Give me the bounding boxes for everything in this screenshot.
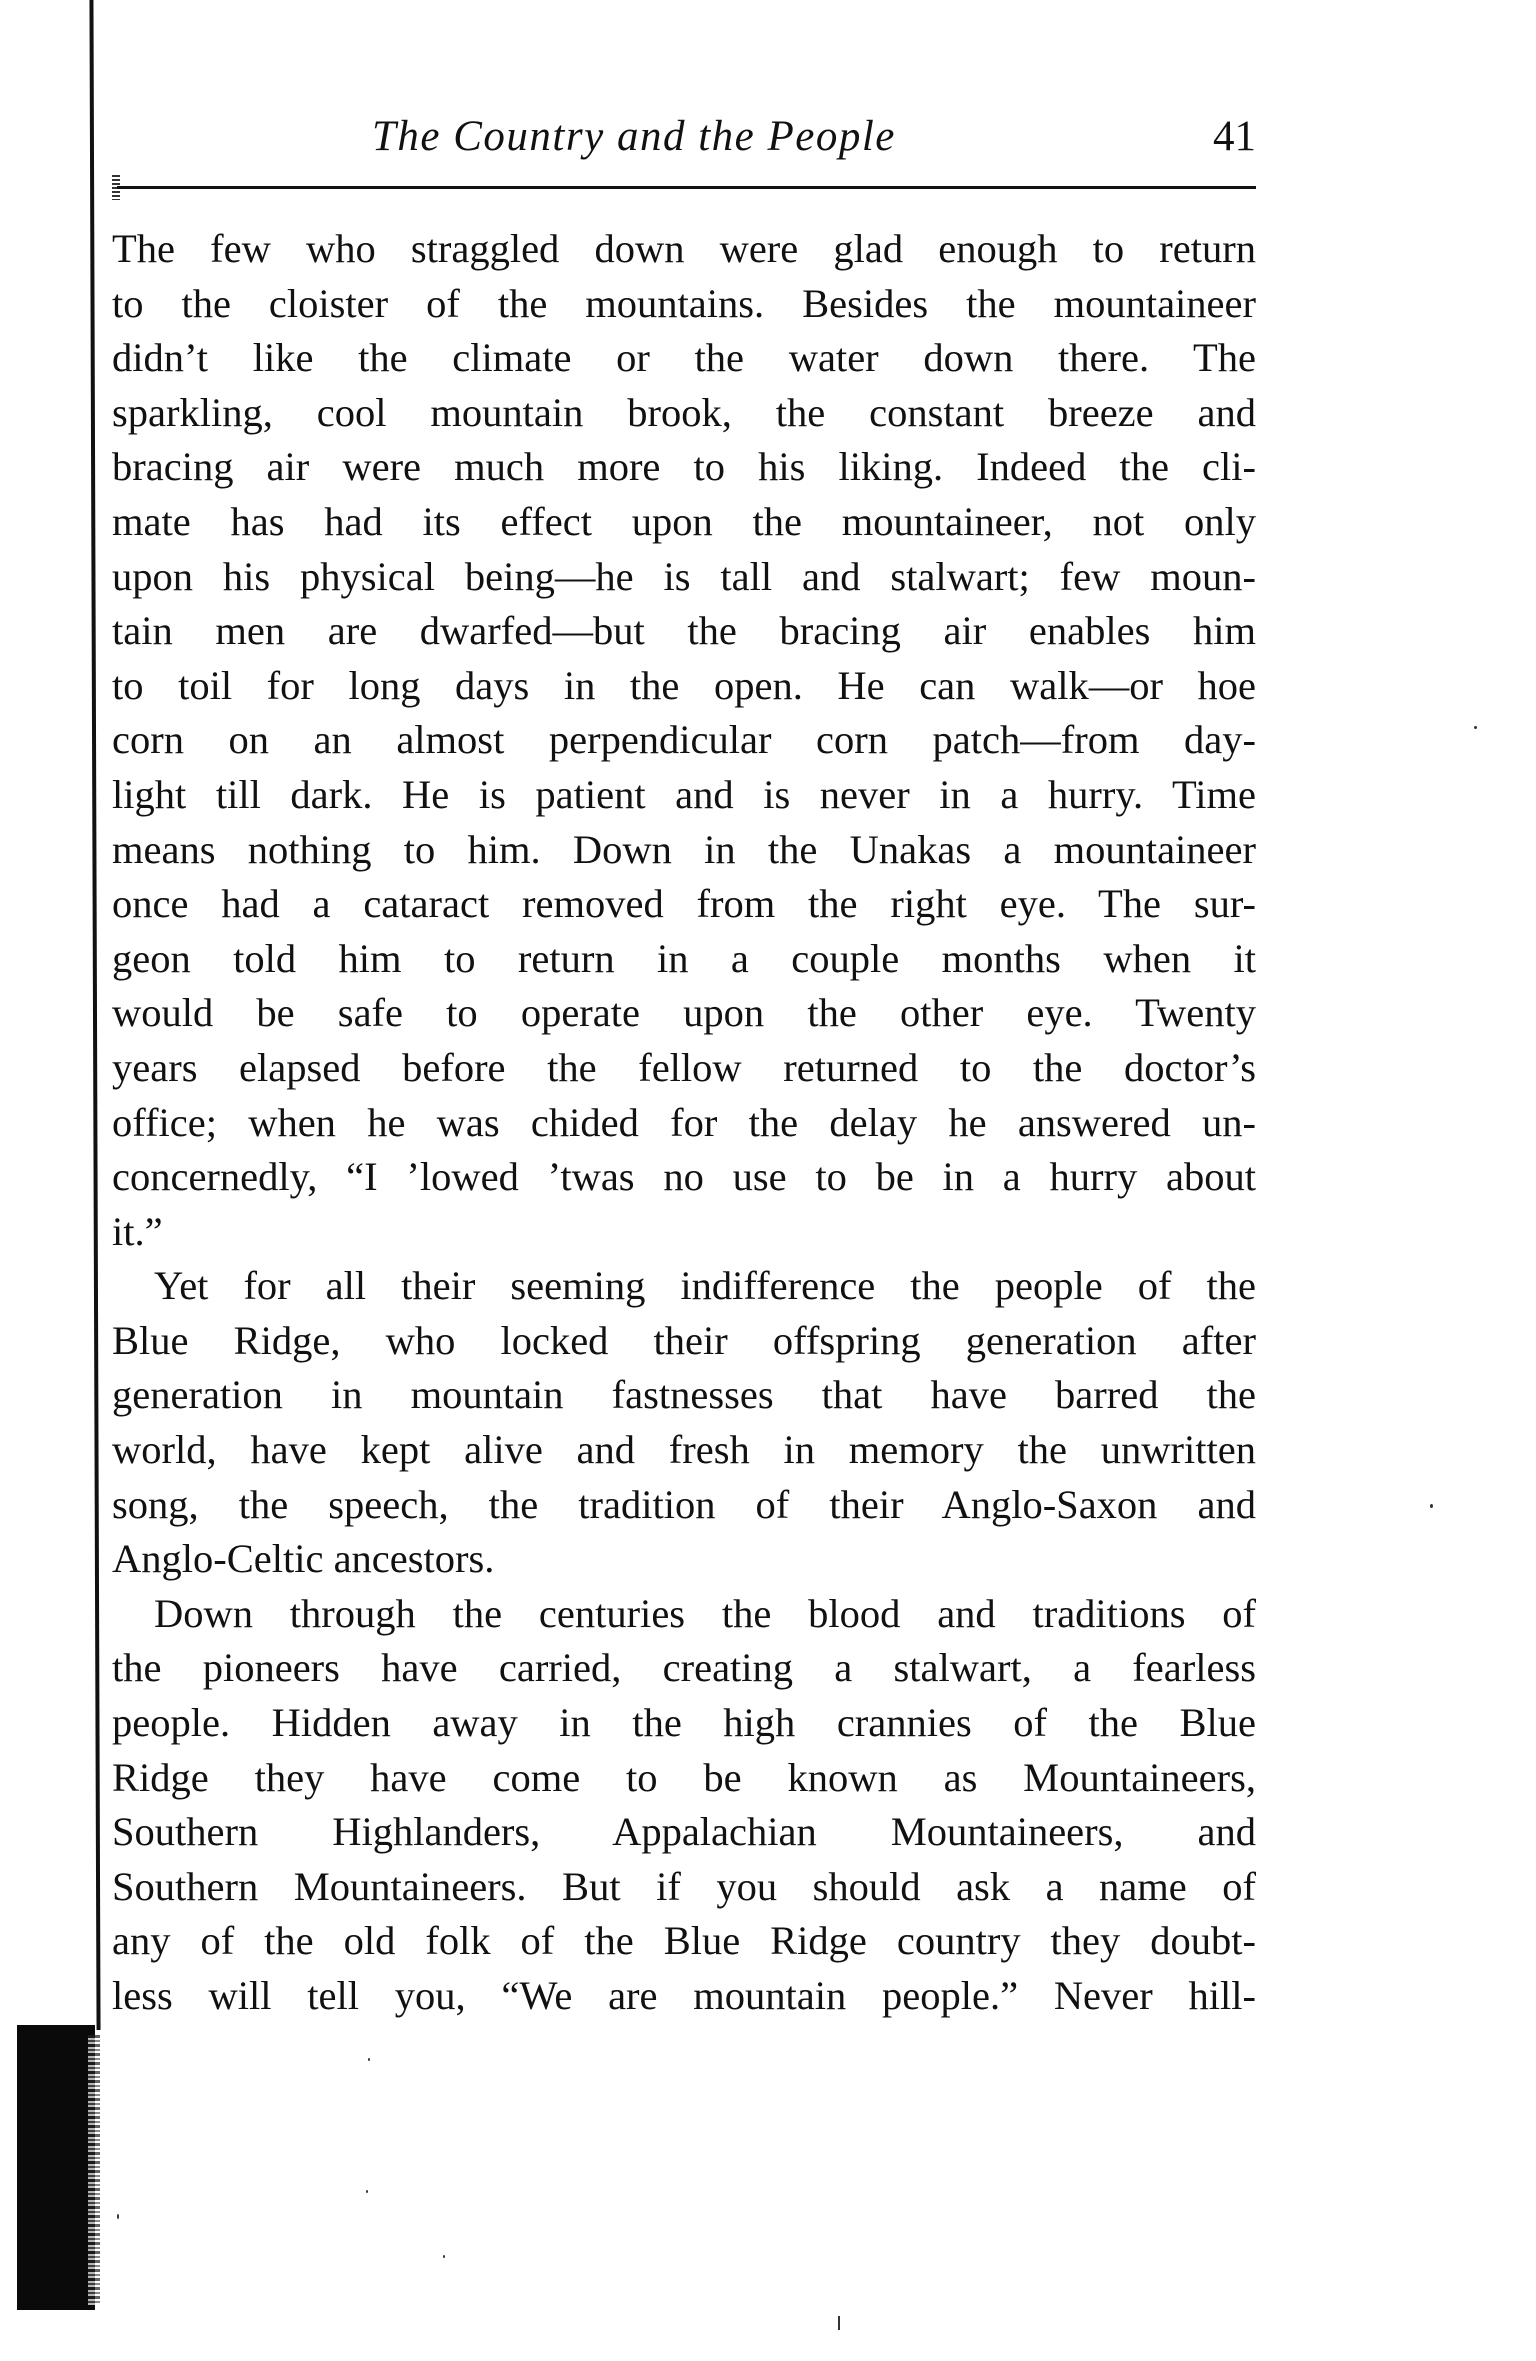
text-line: once had a cataract removed from the rig… bbox=[112, 877, 1256, 932]
text-line: Down through the centuries the blood and… bbox=[112, 1587, 1256, 1642]
text-line: to the cloister of the mountains. Beside… bbox=[112, 277, 1256, 332]
text-line: upon his physical being—he is tall and s… bbox=[112, 550, 1256, 605]
scan-speck bbox=[1474, 726, 1477, 729]
scan-speck bbox=[368, 2058, 370, 2061]
running-head-title: The Country and the People bbox=[372, 112, 896, 161]
text-line: Southern Highlanders, Appalachian Mounta… bbox=[112, 1805, 1256, 1860]
text-line: it.” bbox=[112, 1205, 1256, 1260]
page-number: 41 bbox=[1213, 112, 1256, 161]
text-line: light till dark. He is patient and is ne… bbox=[112, 768, 1256, 823]
text-line: The few who straggled down were glad eno… bbox=[112, 222, 1256, 277]
text-line: Yet for all their seeming indifference t… bbox=[112, 1259, 1256, 1314]
text-line: corn on an almost perpendicular corn pat… bbox=[112, 713, 1256, 768]
running-head: The Country and the People 41 bbox=[0, 112, 1256, 162]
text-line: office; when he was chided for the delay… bbox=[112, 1096, 1256, 1151]
text-line: bracing air were much more to his liking… bbox=[112, 440, 1256, 495]
scan-speck bbox=[117, 2214, 119, 2219]
text-line: mate has had its effect upon the mountai… bbox=[112, 495, 1256, 550]
text-line: generation in mountain fastnesses that h… bbox=[112, 1368, 1256, 1423]
text-line: Southern Mountaineers. But if you should… bbox=[112, 1860, 1256, 1915]
text-line: would be safe to operate upon the other … bbox=[112, 986, 1256, 1041]
text-line: Anglo-Celtic ancestors. bbox=[112, 1532, 1256, 1587]
scan-binding-fringe bbox=[88, 2035, 100, 2305]
text-line: the pioneers have carried, creating a st… bbox=[112, 1641, 1256, 1696]
body-text: The few who straggled down were glad eno… bbox=[112, 222, 1256, 2024]
text-line: less will tell you, “We are mountain peo… bbox=[112, 1969, 1256, 2024]
scan-speck bbox=[838, 2316, 840, 2330]
scan-speck bbox=[1430, 1504, 1433, 1508]
scan-binding-shadow bbox=[17, 2025, 95, 2310]
text-line: geon told him to return in a couple mont… bbox=[112, 932, 1256, 987]
scan-speck bbox=[366, 2190, 368, 2193]
text-line: means nothing to him. Down in the Unakas… bbox=[112, 823, 1256, 878]
text-line: Ridge they have come to be known as Moun… bbox=[112, 1751, 1256, 1806]
text-line: concernedly, “I ’lowed ’twas no use to b… bbox=[112, 1150, 1256, 1205]
text-line: to toil for long days in the open. He ca… bbox=[112, 659, 1256, 714]
text-line: world, have kept alive and fresh in memo… bbox=[112, 1423, 1256, 1478]
book-page: The Country and the People 41 The few wh… bbox=[0, 0, 1536, 2361]
text-line: tain men are dwarfed—but the bracing air… bbox=[112, 604, 1256, 659]
text-line: years elapsed before the fellow returned… bbox=[112, 1041, 1256, 1096]
text-line: Blue Ridge, who locked their offspring g… bbox=[112, 1314, 1256, 1369]
scan-speck bbox=[443, 2255, 445, 2258]
text-line: people. Hidden away in the high crannies… bbox=[112, 1696, 1256, 1751]
text-line: didn’t like the climate or the water dow… bbox=[112, 331, 1256, 386]
text-line: any of the old folk of the Blue Ridge co… bbox=[112, 1914, 1256, 1969]
text-line: sparkling, cool mountain brook, the cons… bbox=[112, 386, 1256, 441]
header-rule bbox=[117, 186, 1256, 189]
text-line: song, the speech, the tradition of their… bbox=[112, 1478, 1256, 1533]
page-edge-line bbox=[89, 0, 100, 2030]
